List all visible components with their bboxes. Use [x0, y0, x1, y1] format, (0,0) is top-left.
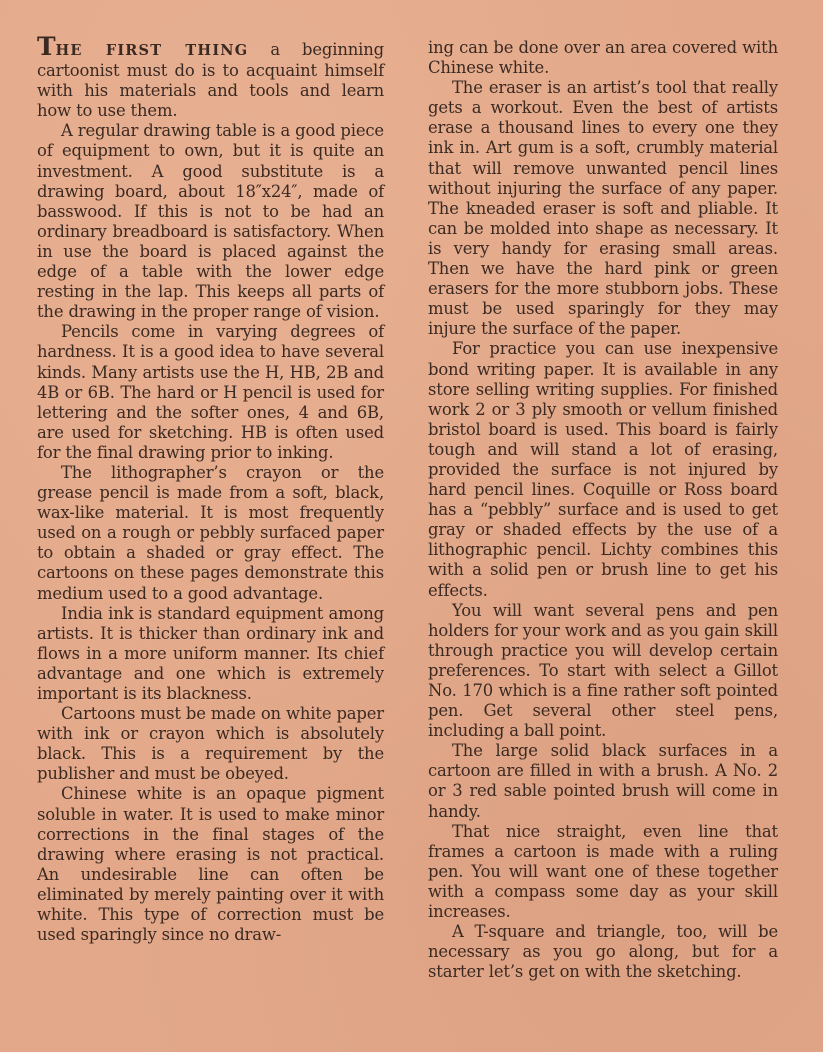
paragraph-drawing-table: A regular drawing table is a good piece …	[37, 121, 384, 322]
paragraph-india-ink: India ink is standard equipment among ar…	[37, 604, 384, 704]
paragraph-crayon: The lithographer’s crayon or the grease …	[37, 463, 384, 604]
paragraph-brush: The large solid black surfaces in a cart…	[428, 741, 778, 821]
lead-paragraph: THE FIRST THING a beginning cartoonist m…	[37, 38, 384, 121]
paragraph-chinese-white: Chinese white is an opaque pigment solub…	[37, 784, 384, 945]
right-column: ing can be done over an area covered wit…	[428, 38, 778, 982]
paragraph-paper: For practice you can use inexpensive bon…	[428, 339, 778, 600]
drop-cap: T	[37, 32, 55, 61]
paragraph-pencils: Pencils come in varying degrees of hardn…	[37, 322, 384, 463]
paragraph-ruling-pen: That nice straight, even line that frame…	[428, 822, 778, 922]
paragraph-eraser: The eraser is an artist’s tool that real…	[428, 78, 778, 339]
lead-smallcaps: HE FIRST THING	[55, 42, 248, 59]
paragraph-pens: You will want several pens and pen holde…	[428, 601, 778, 742]
paragraph-t-square: A T-square and triangle, too, will be ne…	[428, 922, 778, 982]
book-page: THE FIRST THING a beginning cartoonist m…	[0, 0, 823, 1052]
left-column: THE FIRST THING a beginning cartoonist m…	[37, 38, 384, 945]
paragraph-continuation: ing can be done over an area covered wit…	[428, 38, 778, 78]
paragraph-white-paper: Cartoons must be made on white paper wit…	[37, 704, 384, 784]
